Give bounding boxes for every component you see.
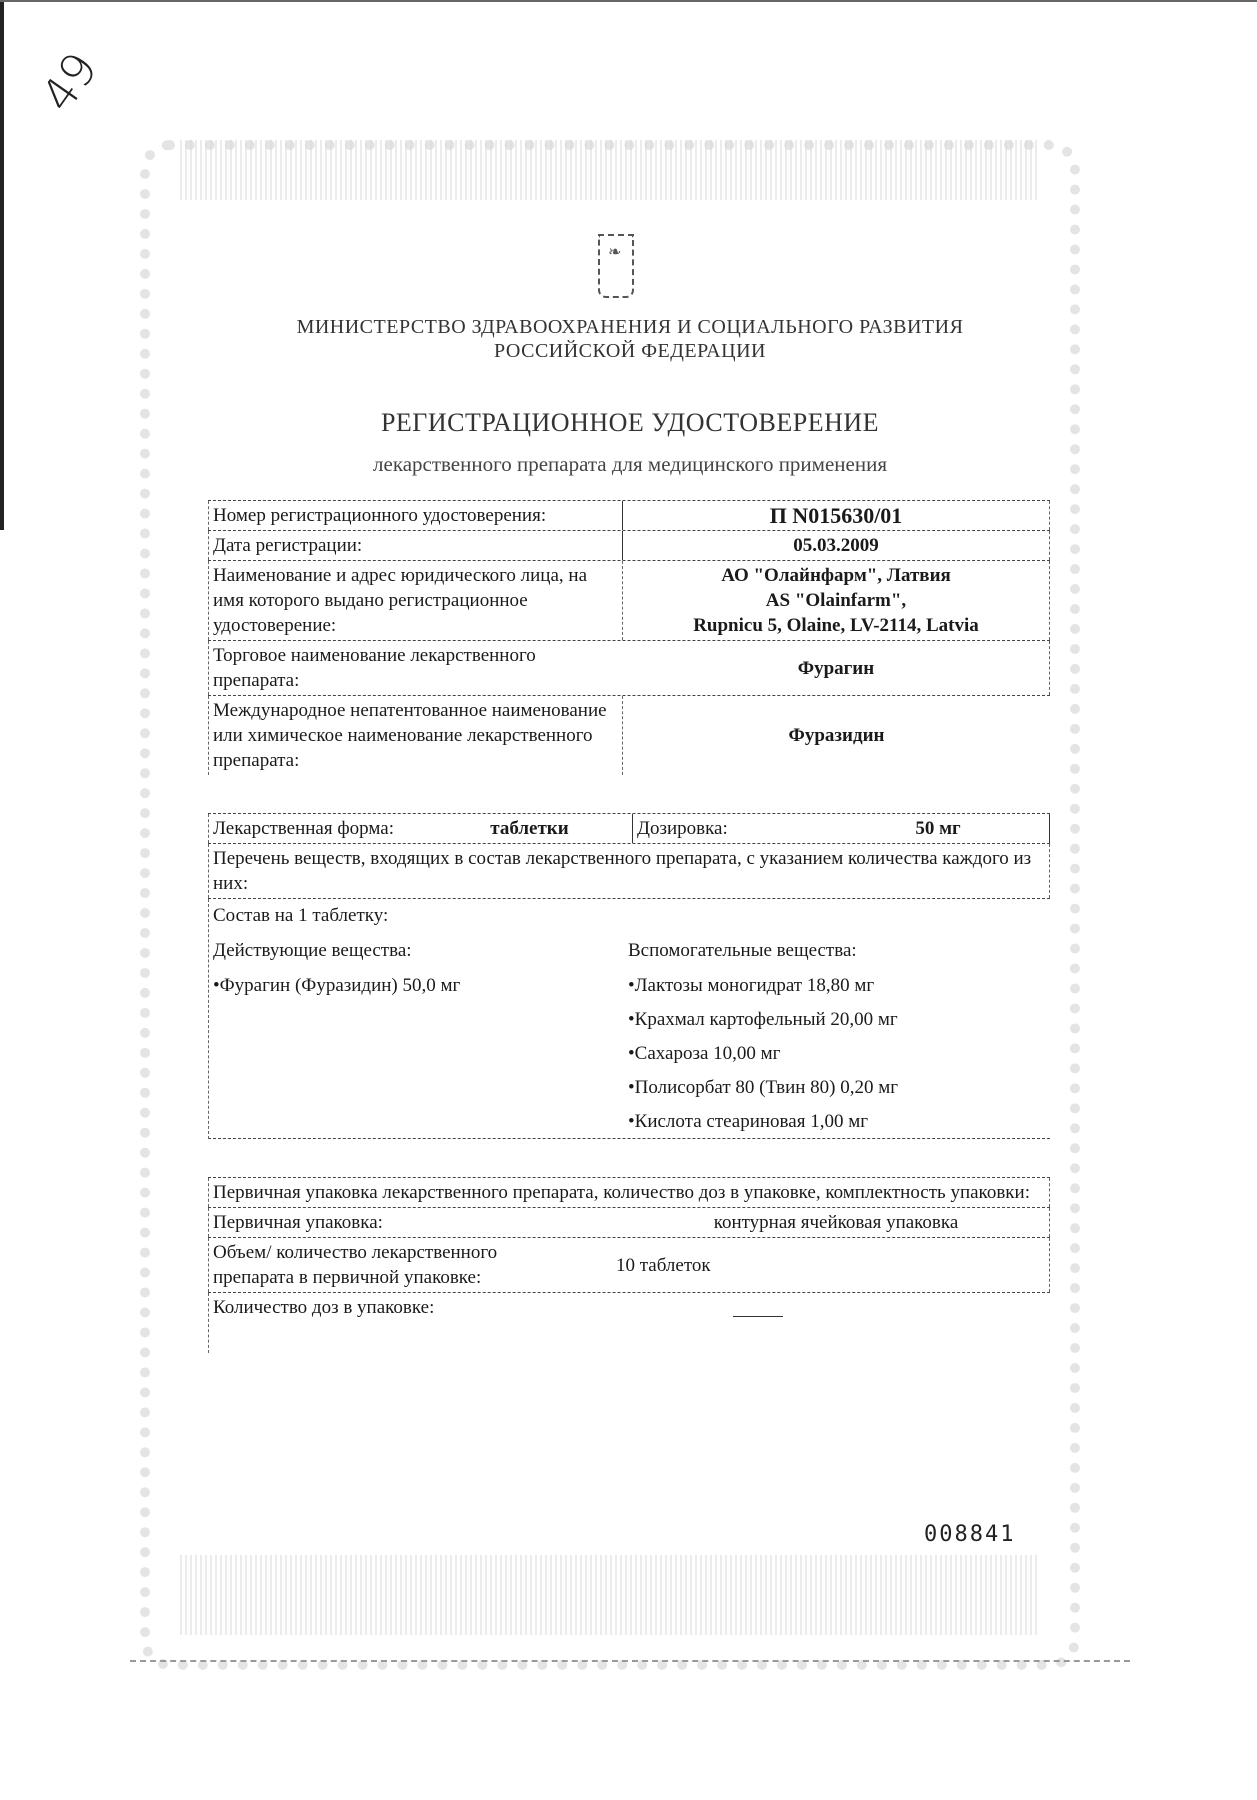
- primary-packaging-value: контурная ячейковая упаковка: [623, 1208, 1050, 1237]
- trade-name-label: Торговое наименование лекарственного пре…: [208, 641, 623, 695]
- coat-of-arms-icon: [598, 234, 634, 298]
- packaging-heading: Первичная упаковка лекарственного препар…: [208, 1178, 1050, 1207]
- serial-number: 008841: [924, 1522, 1015, 1547]
- row-substances-heading: Перечень веществ, входящих в состав лека…: [208, 844, 1050, 899]
- document-title: РЕГИСТРАЦИОННОЕ УДОСТОВЕРЕНИЕ: [200, 408, 1060, 438]
- row-doses: Количество доз в упаковке:: [208, 1293, 1050, 1353]
- volume-label: Объем/ количество лекарственного препара…: [208, 1238, 508, 1292]
- active-substances: Состав на 1 таблетку: Действующие вещест…: [213, 903, 628, 1134]
- row-primary-packaging: Первичная упаковка: контурная ячейковая …: [208, 1208, 1050, 1238]
- doses-dash: [733, 1304, 783, 1317]
- row-volume: Объем/ количество лекарственного препара…: [208, 1238, 1050, 1293]
- ministry-line-1: МИНИСТЕРСТВО ЗДРАВООХРАНЕНИЯ И СОЦИАЛЬНО…: [200, 315, 1060, 339]
- bottom-border-line: [130, 1660, 1130, 1662]
- spacer: [208, 1139, 1050, 1177]
- inn-label: Международное непатентованное наименован…: [208, 696, 623, 775]
- ministry-line-2: РОССИЙСКОЙ ФЕДЕРАЦИИ: [200, 339, 1060, 363]
- row-holder: Наименование и адрес юридического лица, …: [208, 561, 1050, 641]
- excipient-item: Кислота стеариновая 1,00 мг: [628, 1109, 1050, 1134]
- excipient-item: Крахмал картофельный 20,00 мг: [628, 1007, 1050, 1032]
- scan-edge-top: [0, 0, 1257, 2]
- doses-label: Количество доз в упаковке:: [208, 1293, 623, 1353]
- row-inn: Международное непатентованное наименован…: [208, 696, 1050, 775]
- composition-block: Состав на 1 таблетку: Действующие вещест…: [208, 899, 1050, 1139]
- excipients: . Вспомогательные вещества: Лактозы моно…: [628, 903, 1050, 1134]
- volume-value: 10 таблеток: [508, 1238, 1050, 1292]
- dosage-label: Дозировка:: [633, 814, 827, 843]
- document-subtitle: лекарственного препарата для медицинског…: [200, 452, 1060, 477]
- holder-address: Rupnicu 5, Olaine, LV-2114, Latvia: [693, 613, 979, 638]
- certificate-table: Номер регистрационного удостоверения: П …: [208, 500, 1050, 1353]
- dosage-value: 50 мг: [827, 814, 1050, 843]
- guilloche-top-band: [180, 140, 1040, 200]
- trade-name-value: Фурагин: [623, 641, 1050, 695]
- holder-name-ru: АО "Олайнфарм", Латвия: [721, 563, 951, 588]
- dosage-form-value: таблетки: [427, 814, 633, 843]
- scan-edge: [0, 0, 4, 530]
- row-packaging-heading: Первичная упаковка лекарственного препар…: [208, 1177, 1050, 1208]
- excipients-heading: Вспомогательные вещества:: [628, 938, 1050, 963]
- ministry-header: МИНИСТЕРСТВО ЗДРАВООХРАНЕНИЯ И СОЦИАЛЬНО…: [200, 315, 1060, 363]
- row-reg-number: Номер регистрационного удостоверения: П …: [208, 500, 1050, 531]
- reg-date-value: 05.03.2009: [623, 531, 1050, 560]
- dosage-form-label: Лекарственная форма:: [208, 814, 427, 843]
- reg-date-label: Дата регистрации:: [208, 531, 623, 560]
- active-item: Фурагин (Фуразидин) 50,0 мг: [213, 973, 628, 998]
- reg-number-value: П N015630/01: [623, 501, 1050, 530]
- per-unit-label: Состав на 1 таблетку:: [213, 903, 628, 928]
- row-trade-name: Торговое наименование лекарственного пре…: [208, 641, 1050, 696]
- row-form-dosage: Лекарственная форма: таблетки Дозировка:…: [208, 813, 1050, 844]
- primary-packaging-label: Первичная упаковка:: [208, 1208, 623, 1237]
- spacer: [208, 775, 1050, 813]
- excipient-item: Полисорбат 80 (Твин 80) 0,20 мг: [628, 1075, 1050, 1100]
- guilloche-bottom-band: [180, 1555, 1040, 1635]
- holder-value: АО "Олайнфарм", Латвия AS "Olainfarm", R…: [623, 561, 1050, 640]
- doses-value: [623, 1293, 1050, 1353]
- inn-value: Фуразидин: [623, 696, 1050, 775]
- handwritten-page-number: 49: [30, 43, 108, 122]
- active-heading: Действующие вещества:: [213, 938, 628, 963]
- row-reg-date: Дата регистрации: 05.03.2009: [208, 531, 1050, 561]
- holder-label: Наименование и адрес юридического лица, …: [208, 561, 623, 640]
- excipient-item: Сахароза 10,00 мг: [628, 1041, 1050, 1066]
- excipient-item: Лактозы моногидрат 18,80 мг: [628, 973, 1050, 998]
- reg-number-label: Номер регистрационного удостоверения:: [208, 501, 623, 530]
- substances-heading: Перечень веществ, входящих в состав лека…: [208, 844, 1050, 898]
- holder-name-en: AS "Olainfarm",: [766, 588, 906, 613]
